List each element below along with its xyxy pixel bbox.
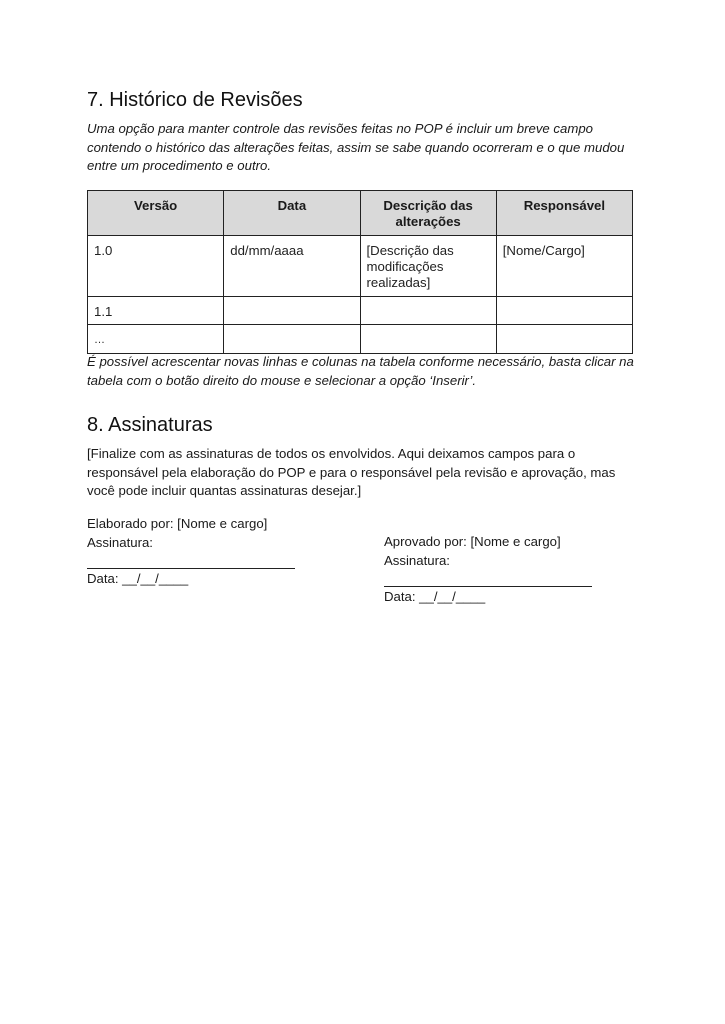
- approved-signature-block: Aprovado por: [Nome e cargo] Assinatura:…: [384, 533, 592, 607]
- cell-date[interactable]: [224, 325, 360, 354]
- table-header-row: Versão Data Descrição das alterações Res…: [88, 191, 633, 236]
- cell-version[interactable]: …: [88, 325, 224, 354]
- table-row: 1.1: [88, 297, 633, 325]
- approved-date-label[interactable]: Data: __/__/____: [384, 588, 592, 607]
- header-description: Descrição das alterações: [360, 191, 496, 236]
- header-responsible: Responsável: [496, 191, 632, 236]
- document-page: 7. Histórico de Revisões Uma opção para …: [0, 0, 725, 1024]
- elaborated-signature-label: Assinatura:: [87, 534, 295, 553]
- section-8-intro: [Finalize com as assinaturas de todos os…: [87, 445, 639, 501]
- cell-version[interactable]: 1.1: [88, 297, 224, 325]
- approved-by-label: Aprovado por: [Nome e cargo]: [384, 533, 592, 552]
- cell-responsible[interactable]: [496, 297, 632, 325]
- table-row: 1.0 dd/mm/aaaa [Descrição das modificaçõ…: [88, 236, 633, 297]
- approved-signature-label: Assinatura:: [384, 552, 592, 571]
- table-note: É possível acrescentar novas linhas e co…: [87, 353, 639, 390]
- header-version: Versão: [88, 191, 224, 236]
- elaborated-signature-block: Elaborado por: [Nome e cargo] Assinatura…: [87, 515, 295, 589]
- cell-date[interactable]: [224, 297, 360, 325]
- revision-history-table: Versão Data Descrição das alterações Res…: [87, 190, 633, 354]
- elaborated-by-label: Elaborado por: [Nome e cargo]: [87, 515, 295, 534]
- cell-description[interactable]: [360, 297, 496, 325]
- approved-signature-line[interactable]: [384, 570, 592, 587]
- table-row: …: [88, 325, 633, 354]
- section-7-intro: Uma opção para manter controle das revis…: [87, 120, 637, 176]
- cell-version[interactable]: 1.0: [88, 236, 224, 297]
- section-7-title: 7. Histórico de Revisões: [87, 88, 303, 112]
- cell-date[interactable]: dd/mm/aaaa: [224, 236, 360, 297]
- elaborated-date-label[interactable]: Data: __/__/____: [87, 570, 295, 589]
- cell-description[interactable]: [360, 325, 496, 354]
- cell-responsible[interactable]: [Nome/Cargo]: [496, 236, 632, 297]
- elaborated-signature-line[interactable]: [87, 552, 295, 569]
- cell-description[interactable]: [Descrição das modificações realizadas]: [360, 236, 496, 297]
- section-8-title: 8. Assinaturas: [87, 413, 213, 437]
- cell-responsible[interactable]: [496, 325, 632, 354]
- header-date: Data: [224, 191, 360, 236]
